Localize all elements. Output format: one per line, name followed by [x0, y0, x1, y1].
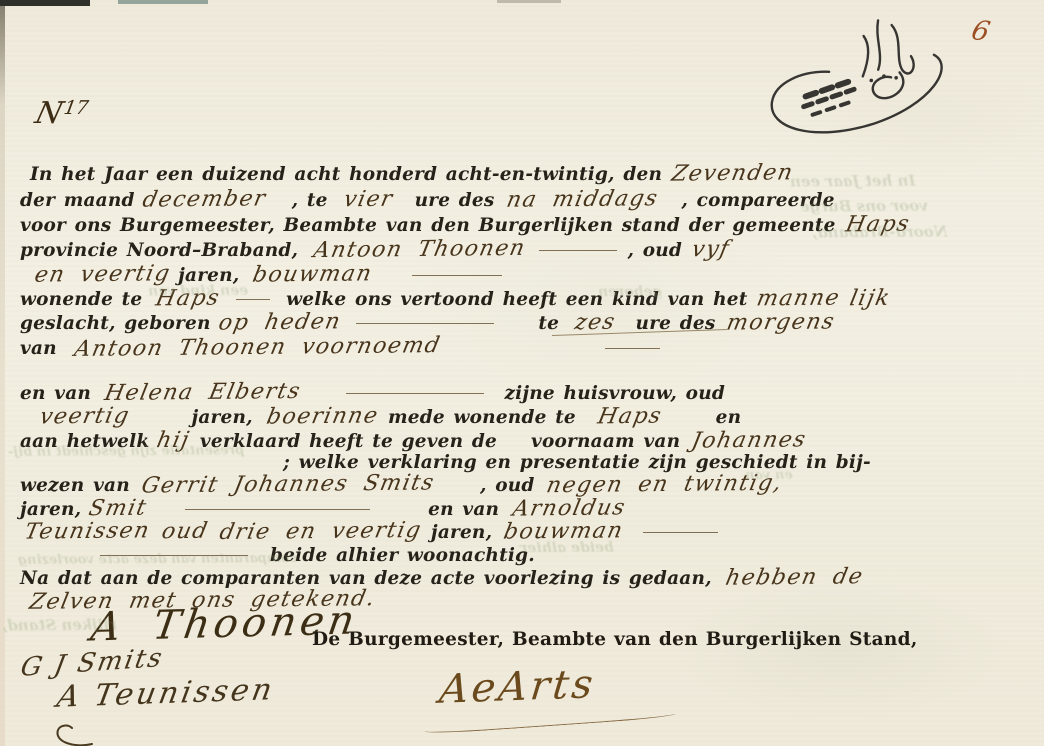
printed-form-text: en [716, 407, 742, 428]
printed-form-text: In het Jaar een duizend acht honderd ach… [30, 164, 662, 185]
scanned-birth-certificate: N17 6 In het Jaar een duizend acht honde… [0, 0, 1044, 746]
printed-form-text: , oud [627, 240, 682, 261]
scan-edge-top-dark [0, 0, 90, 6]
inked-dash [185, 506, 370, 510]
signature-burgemeester: AeArts [437, 661, 598, 712]
doc-line: geslacht, geborenop hedentezesure desmor… [20, 311, 835, 335]
handwritten-text: na middags [504, 187, 660, 213]
signature-teunissen: A Teunissen [54, 672, 277, 715]
doc-line: veertigjaren,boerinnemede wonende teHaps… [40, 405, 741, 429]
handwritten-text: manne [755, 287, 843, 312]
scan-edge-top-gray [497, 0, 561, 3]
bleedthrough-text: voor ons Burge [800, 197, 928, 216]
handwritten-text: december [140, 187, 268, 212]
bleedthrough-text: Noord-Braband, [812, 223, 948, 242]
doc-line: vanAntoon Thoonen voornoemd [20, 336, 660, 360]
ink-paraph-stamp [744, 2, 988, 154]
printed-form-text: te [538, 313, 559, 334]
act-number: N17 [36, 96, 88, 131]
act-number-letter: N [32, 96, 67, 131]
printed-form-text: welke ons vertoond heeft een kind van he… [286, 289, 747, 310]
doc-line: provincie Noord–Braband,Antoon Thoonen, … [20, 238, 730, 262]
handwritten-text: Teunissen [22, 519, 152, 544]
bleedthrough-text: rlijken Stand, [2, 616, 117, 635]
handwritten-text: Antoon Thoonen [312, 237, 529, 263]
handwritten-text: op heden [216, 310, 343, 335]
printed-form-text: der maand [20, 190, 135, 211]
inked-dash [412, 272, 502, 276]
bleedthrough-text: In het Jaar een [790, 172, 916, 191]
handwritten-text: hebben de [723, 565, 865, 590]
doc-line: Teunissenouddrie en veertigjaren,bouwman [25, 520, 718, 544]
bleedthrough-text: een kind van [148, 283, 248, 300]
handwritten-text: Haps [595, 405, 664, 430]
printed-form-text: provincie Noord–Braband, [20, 240, 298, 261]
printed-form-text: wezen van [20, 475, 130, 496]
inked-dash [643, 529, 718, 533]
handwritten-text: drie en veertig [217, 519, 424, 545]
handwritten-text: oud [159, 520, 210, 544]
inked-dash [539, 247, 617, 251]
doc-line: In het Jaar een duizend acht honderd ach… [30, 162, 793, 186]
printed-form-text: , te [292, 190, 328, 211]
printed-form-text: jaren, [431, 522, 492, 543]
inked-dash [346, 390, 484, 394]
handwritten-text: Gerrit Johannes Smits [139, 471, 437, 498]
inked-dash [605, 345, 660, 349]
printed-form-text: jaren, [191, 407, 252, 428]
handwritten-text: boerinne [264, 404, 380, 429]
bleedthrough-text: presentatie zijn geschiedt in bij- [8, 443, 244, 460]
official-title: De Burgemeester, Beambte van den Burgerl… [312, 629, 918, 650]
printed-form-text: verklaard heeft te geven de [200, 431, 497, 452]
handwritten-text: lijk [848, 287, 893, 311]
handwritten-text: Helena Elberts [102, 380, 303, 406]
act-number-digits: 17 [62, 97, 90, 119]
handwritten-text: Antoon Thoonen voornoemd [72, 334, 443, 362]
printed-form-text: jaren, [20, 499, 81, 520]
handwritten-text: vier [341, 188, 395, 213]
scan-edge-top-teal [118, 0, 208, 4]
handwritten-text: Zevenden [670, 161, 796, 186]
printed-form-text: wonende te [20, 289, 142, 310]
printed-form-text: mede wonende te [388, 407, 576, 428]
bleedthrough-text: geboren [598, 284, 662, 300]
bleedthrough-text: beide alhier [520, 540, 614, 557]
inked-dash [356, 320, 494, 324]
handwritten-text: veertig [37, 405, 131, 430]
handwritten-text: Johannes [690, 428, 809, 453]
doc-line: en vanHelena Elbertszijne huisvrouw, oud [20, 381, 725, 405]
doc-line: jaren,Smiten vanArnoldus [20, 497, 626, 521]
printed-form-text: voor ons Burgemeester, Beambte van den B… [20, 215, 836, 236]
doc-line: en veertigjaren,bouwman [35, 263, 502, 287]
printed-form-text: , oud [480, 475, 535, 496]
doc-line: der maanddecember, tevierure desna midda… [20, 188, 835, 212]
printed-form-text: zijne huisvrouw, oud [504, 383, 725, 404]
printed-form-text: geslacht, geboren [20, 313, 211, 334]
printed-form-text: voornaam van [531, 431, 680, 452]
cut-off-pen-mark [38, 722, 108, 746]
printed-form-text: van [20, 338, 57, 359]
printed-form-text: beide alhier woonachtig. [270, 545, 535, 566]
doc-line: voor ons Burgemeester, Beambte van den B… [20, 213, 909, 237]
handwritten-text: zes [573, 311, 618, 335]
doc-line: wezen vanGerrit Johannes Smits, oudnegen… [20, 473, 782, 497]
doc-line: Na dat aan de comparanten van deze acte … [20, 566, 863, 590]
handwritten-text: morgens [725, 310, 838, 335]
signature-flourish [424, 710, 676, 735]
handwritten-text: vyf [690, 238, 732, 262]
handwritten-text: bouwman [251, 262, 375, 287]
printed-form-text: ure des [415, 190, 495, 211]
bleedthrough-text: en van [745, 468, 793, 483]
printed-form-text: en van [20, 383, 91, 404]
bleedthrough-text: comparanten van deze acte voorlezing [18, 551, 297, 568]
printed-form-text: en van [428, 499, 499, 520]
